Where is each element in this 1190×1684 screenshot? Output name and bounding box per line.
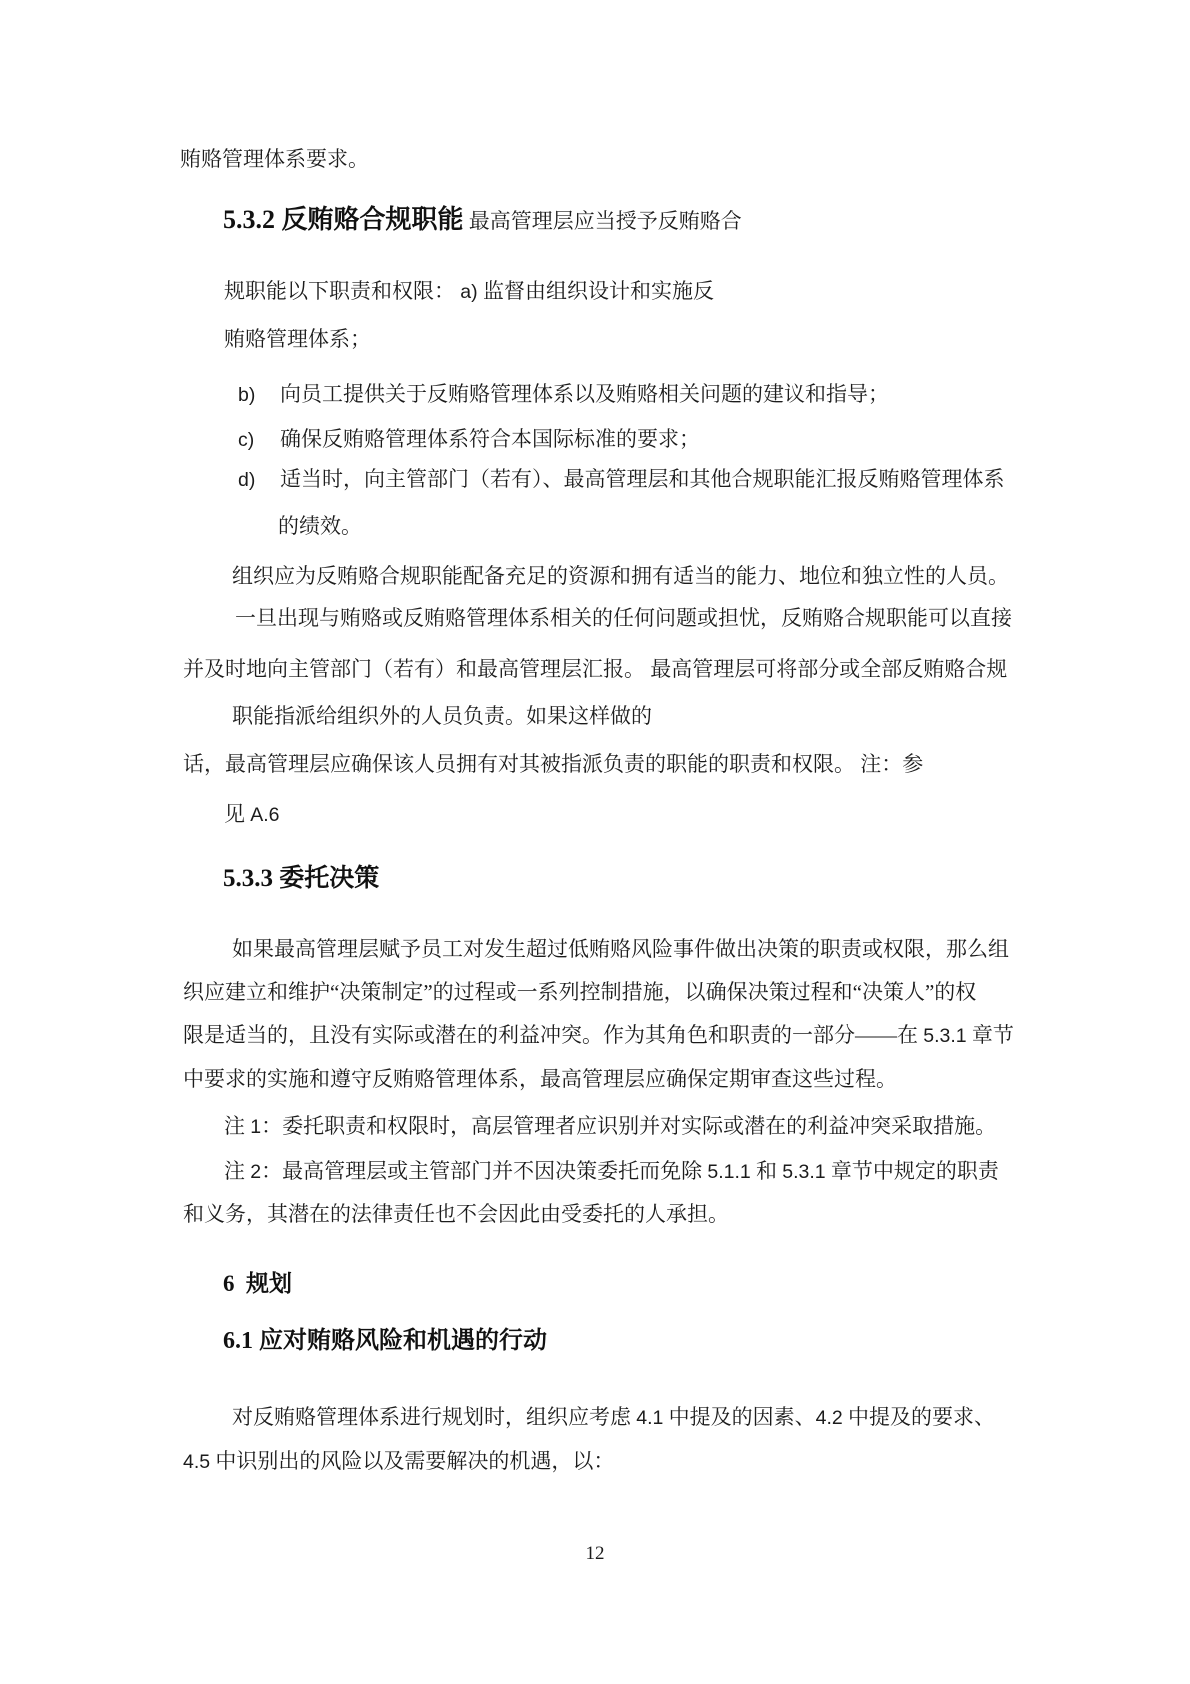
paragraph-reporting-line1: 一旦出现与贿赂或反贿赂管理体系相关的任何问题或担忧，反贿赂合规职能可以直接: [235, 607, 1012, 629]
section-heading-5-3-3-segment: 5.3.3: [223, 865, 279, 892]
note-2-line2: 和义务，其潜在的法律责任也不会因此由受委托的人承担。: [183, 1203, 729, 1225]
section-heading-5-3-2-segment: 5.3.2: [223, 205, 282, 234]
paragraph-delegation-line3: 限是适当的，且没有实际或潜在的利益冲突。作为其角色和职责的一部分——在 5.3.…: [183, 1024, 1014, 1046]
paragraph-planning-line1-segment: 4.1: [636, 1407, 663, 1429]
list-item-d-wrap-segment: 的绩效。: [278, 514, 362, 538]
note-1-segment: 注: [224, 1114, 250, 1138]
paragraph-delegation-line3-segment: 限是适当的，且没有实际或潜在的利益冲突。作为其角色和职责的一部分——在: [183, 1023, 923, 1047]
section-heading-6-segment: 规划: [246, 1270, 292, 1296]
section-heading-5-3-3-segment: 委托决策: [279, 864, 379, 892]
note-2-line1-segment: ：最高管理层或主管部门并不因决策委托而免除: [261, 1159, 707, 1183]
paragraph-planning-line2-segment: 中识别出的风险以及需要解决的机遇，以：: [210, 1449, 614, 1473]
note-2-line1: 注 2：最高管理层或主管部门并不因决策委托而免除 5.1.1 和 5.3.1 章…: [224, 1160, 999, 1182]
paragraph-delegation-line3-segment: 章节: [967, 1023, 1014, 1047]
note-2-line1-segment: 和: [751, 1159, 783, 1183]
paragraph-planning-line2-segment: 4.5: [183, 1451, 210, 1473]
list-item-d-segment: d): [238, 470, 280, 490]
note-2-line1-segment: 注: [224, 1159, 250, 1183]
section-heading-5-3-2: 5.3.2 反贿赂合规职能 最高管理层应当授予反贿赂合: [223, 206, 742, 233]
section-heading-5-3-2-segment: 最高管理层应当授予反贿赂合: [464, 209, 742, 233]
paragraph-delegation-line4-segment: 中要求的实施和遵守反贿赂管理体系，最高管理层应确保定期审查这些过程。: [183, 1067, 897, 1091]
list-item-d-segment: 适当时，向主管部门（若有）、最高管理层和其他合规职能汇报反贿赂管理体系: [280, 467, 1005, 491]
paragraph-resources: 组织应为反贿赂合规职能配备充足的资源和拥有适当的能力、地位和独立性的人员。: [232, 565, 1009, 587]
paragraph-reporting-line5-segment: 见: [224, 802, 250, 826]
note-2-line1-segment: 章节中规定的职责: [826, 1159, 999, 1183]
section-heading-6: 6 规划: [223, 1271, 292, 1296]
paragraph-reporting-line1-segment: 一旦出现与贿赂或反贿赂管理体系相关的任何问题或担忧，反贿赂合规职能可以直接: [235, 606, 1012, 630]
paragraph-planning-line1-segment: 中提及的因素、: [663, 1405, 815, 1429]
section-heading-5-3-2-segment: 反贿赂合规职能: [282, 204, 464, 234]
list-item-d-wrap: 的绩效。: [278, 515, 362, 537]
list-item-b-segment: 向员工提供关于反贿赂管理体系以及贿赂相关问题的建议和指导；: [280, 382, 889, 406]
paragraph-delegation-line4: 中要求的实施和遵守反贿赂管理体系，最高管理层应确保定期审查这些过程。: [183, 1068, 897, 1090]
paragraph-delegation-line1-segment: 如果最高管理层赋予员工对发生超过低贿赂风险事件做出决策的职责或权限，那么组: [232, 937, 1009, 961]
list-item-c-segment: 确保反贿赂管理体系符合本国际标准的要求；: [280, 427, 700, 451]
paragraph-reporting-line5-segment: A.6: [250, 804, 279, 826]
paragraph-duties-intro: 规职能以下职责和权限： a) 监督由组织设计和实施反: [224, 280, 714, 302]
section-heading-6-1-segment: 6.1: [223, 1328, 259, 1354]
paragraph-duties-intro-wrap: 贿赂管理体系；: [224, 328, 371, 350]
paragraph-reporting-line2: 并及时地向主管部门（若有）和最高管理层汇报。 最高管理层可将部分或全部反贿赂合规: [183, 658, 1007, 680]
list-item-b: b)向员工提供关于反贿赂管理体系以及贿赂相关问题的建议和指导；: [238, 383, 889, 405]
note-2-line1-segment: 5.3.1: [782, 1161, 825, 1183]
paragraph-continuation-segment: 贿赂管理体系要求。: [180, 147, 369, 171]
paragraph-delegation-line2: 织应建立和维护“决策制定”的过程或一系列控制措施，以确保决策过程和“决策人”的权: [183, 981, 976, 1003]
note-1: 注 1：委托职责和权限时，高层管理者应识别并对实际或潜在的利益冲突采取措施。: [224, 1115, 996, 1137]
section-heading-6-1: 6.1 应对贿赂风险和机遇的行动: [223, 1328, 547, 1354]
page-number: 12: [0, 1543, 1190, 1565]
paragraph-reporting-line5: 见 A.6: [224, 803, 280, 825]
paragraph-reporting-line3: 职能指派给组织外的人员负责。如果这样做的: [232, 705, 652, 727]
list-item-c: c)确保反贿赂管理体系符合本国际标准的要求；: [238, 428, 700, 450]
paragraph-reporting-line2-segment: 并及时地向主管部门（若有）和最高管理层汇报。 最高管理层可将部分或全部反贿赂合规: [183, 657, 1007, 681]
document-page: 12 贿赂管理体系要求。5.3.2 反贿赂合规职能 最高管理层应当授予反贿赂合规…: [0, 0, 1190, 1684]
paragraph-planning-line2: 4.5 中识别出的风险以及需要解决的机遇，以：: [183, 1450, 614, 1472]
paragraph-planning-line1-segment: 对反贿赂管理体系进行规划时，组织应考虑: [232, 1405, 636, 1429]
paragraph-delegation-line2-segment: 织应建立和维护“决策制定”的过程或一系列控制措施，以确保决策过程和“决策人”的权: [183, 980, 976, 1004]
section-heading-6-segment: 6: [223, 1271, 246, 1296]
note-1-segment: ：委托职责和权限时，高层管理者应识别并对实际或潜在的利益冲突采取措施。: [261, 1114, 996, 1138]
paragraph-planning-line1: 对反贿赂管理体系进行规划时，组织应考虑 4.1 中提及的因素、4.2 中提及的要…: [232, 1406, 995, 1428]
paragraph-delegation-line3-segment: 5.3.1: [923, 1025, 966, 1047]
paragraph-reporting-line4-segment: 话，最高管理层应确保该人员拥有对其被指派负责的职能的职责和权限。 注：参: [183, 752, 923, 776]
paragraph-resources-segment: 组织应为反贿赂合规职能配备充足的资源和拥有适当的能力、地位和独立性的人员。: [232, 564, 1009, 588]
paragraph-continuation: 贿赂管理体系要求。: [180, 148, 369, 170]
paragraph-duties-intro-wrap-segment: 贿赂管理体系；: [224, 327, 371, 351]
paragraph-duties-intro-segment: 规职能以下职责和权限：: [224, 279, 460, 303]
note-2-line1-segment: 5.1.1: [707, 1161, 750, 1183]
paragraph-reporting-line4: 话，最高管理层应确保该人员拥有对其被指派负责的职能的职责和权限。 注：参: [183, 753, 923, 775]
note-1-segment: 1: [250, 1116, 261, 1138]
section-heading-6-1-segment: 应对贿赂风险和机遇的行动: [259, 1327, 547, 1354]
paragraph-planning-line1-segment: 4.2: [816, 1407, 843, 1429]
section-heading-5-3-3: 5.3.3 委托决策: [223, 865, 379, 892]
paragraph-duties-intro-segment: 监督由组织设计和实施反: [483, 279, 714, 303]
list-item-c-segment: c): [238, 430, 280, 450]
list-item-b-segment: b): [238, 385, 280, 405]
paragraph-duties-intro-segment: a): [460, 281, 483, 303]
note-2-line2-segment: 和义务，其潜在的法律责任也不会因此由受委托的人承担。: [183, 1202, 729, 1226]
paragraph-reporting-line3-segment: 职能指派给组织外的人员负责。如果这样做的: [232, 704, 652, 728]
note-2-line1-segment: 2: [250, 1161, 261, 1183]
paragraph-delegation-line1: 如果最高管理层赋予员工对发生超过低贿赂风险事件做出决策的职责或权限，那么组: [232, 938, 1009, 960]
list-item-d: d)适当时，向主管部门（若有）、最高管理层和其他合规职能汇报反贿赂管理体系: [238, 468, 1005, 490]
paragraph-planning-line1-segment: 中提及的要求、: [843, 1405, 995, 1429]
